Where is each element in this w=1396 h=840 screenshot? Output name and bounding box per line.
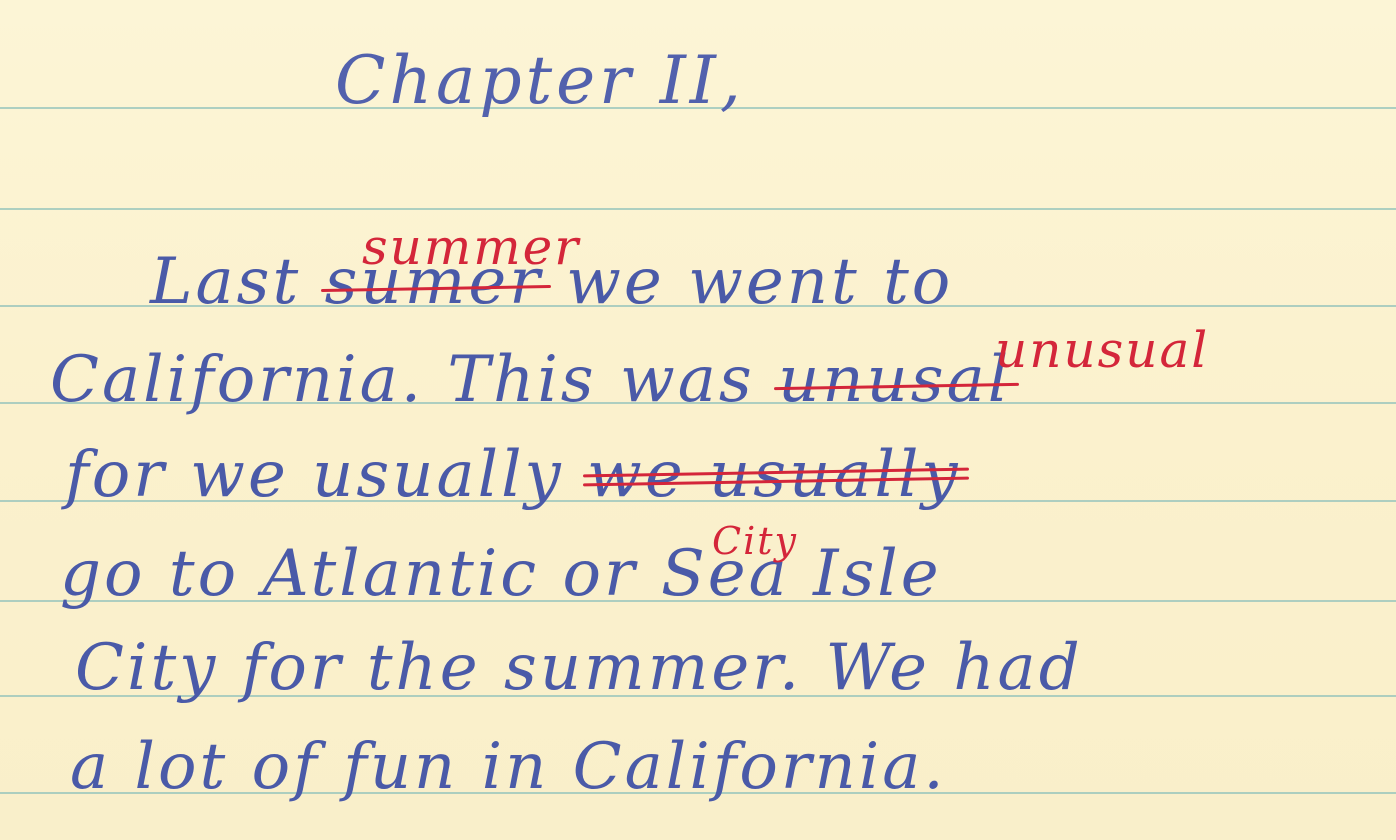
text-line-6: a lot of fun in California. [70, 735, 947, 799]
text-segment: we went to [543, 245, 954, 319]
text-segment: go to Atlantic or Sea Isle [60, 537, 942, 611]
red-correction: unusual [995, 325, 1209, 375]
red-correction: summer [362, 222, 580, 272]
text-line-5: City for the summer. We had [75, 636, 1083, 700]
text-segment: California. This was [50, 343, 778, 417]
notebook-page: Chapter II, Last sumer we went to summer… [0, 0, 1396, 840]
struck-word: we usually [587, 443, 961, 507]
text-line-4: go to Atlantic or Sea Isle [60, 542, 942, 606]
text-line-3: for we usually we usually [65, 443, 961, 507]
text-segment: a lot of fun in California. [70, 730, 947, 804]
chapter-title: Chapter II, [335, 42, 745, 119]
text-segment: for we usually [65, 438, 587, 512]
text-line-2: California. This was unusal [50, 348, 1011, 412]
text-segment: Last [150, 245, 325, 319]
text-segment: City for the summer. We had [75, 631, 1083, 705]
struck-word: unusal [778, 348, 1011, 412]
ruled-line [0, 208, 1396, 210]
red-correction: City [712, 522, 798, 560]
